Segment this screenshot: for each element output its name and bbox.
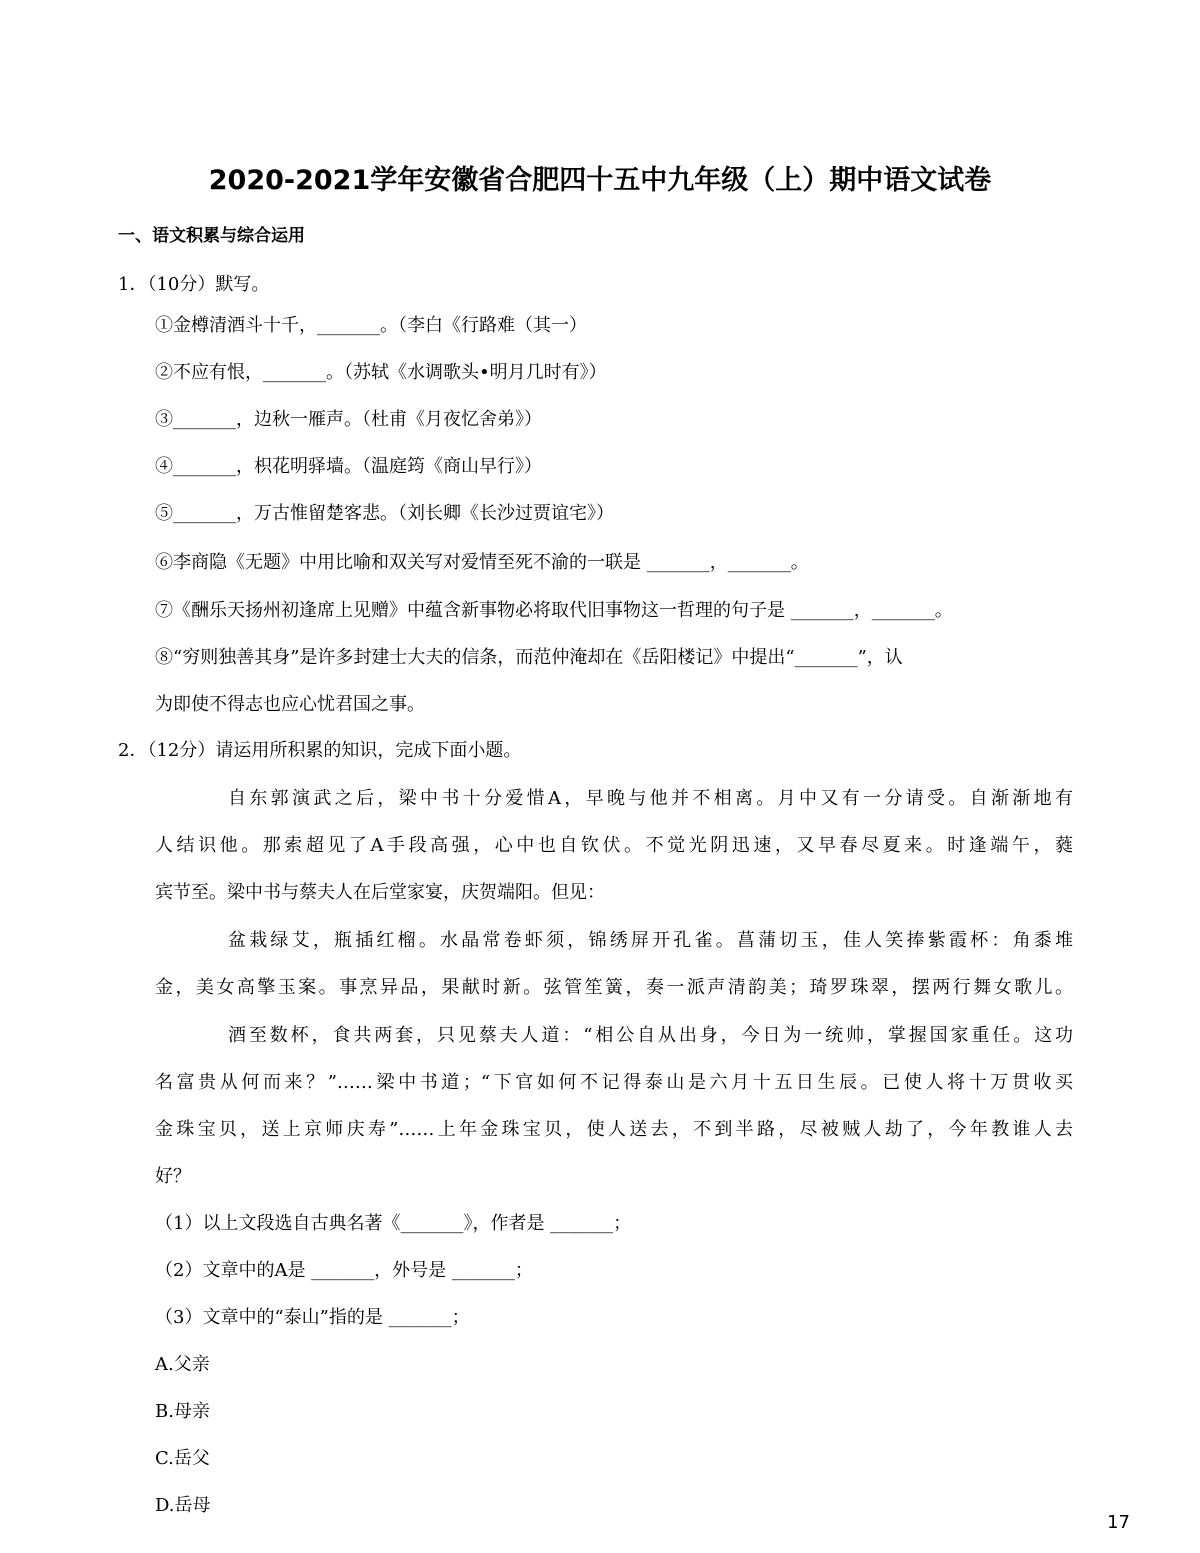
- passage-line-5: 金，美女高擎玉案。事烹异品，果献时新。弦管笙簧，奏一派声清韵美；琦罗珠翠，摆两行…: [155, 976, 1073, 1000]
- passage-line-7: 名富贵从何而来？”……梁中书道；“下官如何不记得泰山是六月十五日生辰。已使人将十…: [155, 1071, 1073, 1095]
- q1-item-6: ⑥李商隐《无题》中用比喻和双关写对爱情至死不渝的一联是 _______，____…: [155, 551, 809, 575]
- option-b: B.母亲: [155, 1400, 210, 1424]
- passage-line-2: 人结识他。那索超见了A手段高强，心中也自钦伏。不觉光阴迅速，又早春尽夏来。时逢端…: [155, 834, 1073, 858]
- passage-line-8: 金珠宝贝，送上京师庆寿”……上年金珠宝贝，使人送去，不到半路，尽被贼人劫了，今年…: [155, 1118, 1073, 1142]
- option-c: C.岳父: [155, 1447, 210, 1471]
- option-d: D.岳母: [155, 1494, 211, 1518]
- passage-line-4: 盆栽绿艾，瓶插红榴。水晶常卷虾须，锦绣屏开孔雀。菖蒲切玉，佳人笑捧紫霞杯：角黍堆: [228, 929, 1073, 953]
- q2-sub-question-1: （1）以上文段选自古典名著《_______》，作者是 _______；: [155, 1212, 631, 1236]
- question-1-header: 1．（10分）默写。: [118, 273, 269, 297]
- option-a: A.父亲: [155, 1353, 210, 1377]
- q1-item-1: ①金樽清酒斗十千，_______。（李白《行路难（其一）: [155, 314, 587, 338]
- q1-item-7: ⑦《酬乐天扬州初逢席上见赠》中蕴含新事物必将取代旧事物这一哲理的句子是 ____…: [155, 599, 953, 623]
- q1-item-4: ④_______，枳花明驿墙。（温庭筠《商山早行》）: [155, 455, 542, 479]
- q1-item-3: ③_______，边秋一雁声。（杜甫《月夜忆舍弟》）: [155, 408, 542, 432]
- page-number: 17: [1107, 1512, 1130, 1533]
- passage-line-3: 宾节至。梁中书与蔡夫人在后堂家宴，庆贺端阳。但见：: [155, 881, 605, 905]
- q1-item-8: ⑧“穷则独善其身”是许多封建士大夫的信条，而范仲淹却在《岳阳楼记》中提出“___…: [155, 646, 903, 670]
- exam-title: 2020-2021学年安徽省合肥四十五中九年级（上）期中语文试卷: [0, 158, 1200, 197]
- q2-sub-question-2: （2）文章中的A是 _______，外号是 _______；: [155, 1259, 533, 1283]
- q2-sub-question-3: （3）文章中的“泰山”指的是 _______；: [155, 1306, 470, 1330]
- question-2-header: 2．（12分）请运用所积累的知识，完成下面小题。: [118, 739, 521, 763]
- q1-item-2: ②不应有恨，_______。（苏轼《水调歌头•明月几时有》）: [155, 361, 607, 385]
- passage-line-1: 自东郭演武之后，梁中书十分爱惜A，早晚与他并不相离。月中又有一分请受。自渐渐地有: [228, 787, 1073, 811]
- passage-line-6: 酒至数杯，食共两套，只见蔡夫人道：“相公自从出身，今日为一统帅，掌握国家重任。这…: [228, 1024, 1073, 1048]
- q1-item-5: ⑤_______，万古惟留楚客悲。（刘长卿《长沙过贾谊宅》）: [155, 502, 614, 526]
- passage-line-9: 好？: [155, 1165, 191, 1189]
- q1-item-8-continued: 为即使不得志也应心忧君国之事。: [155, 693, 425, 717]
- exam-page: 2020-2021学年安徽省合肥四十五中九年级（上）期中语文试卷 一、语文积累与…: [0, 0, 1200, 1553]
- section-heading: 一、语文积累与综合运用: [118, 221, 305, 246]
